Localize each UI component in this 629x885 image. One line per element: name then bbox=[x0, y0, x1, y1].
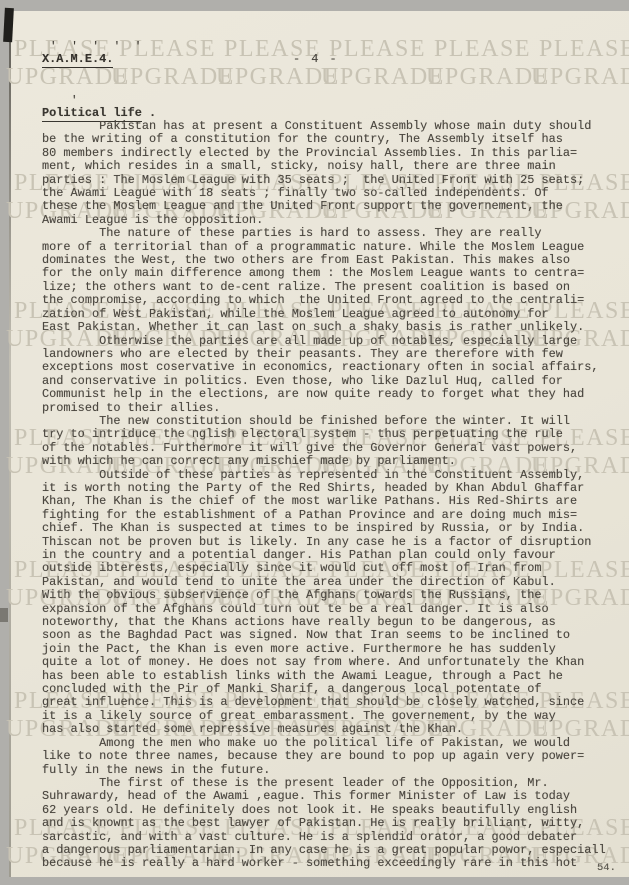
text-line: promised to their allies. bbox=[42, 402, 606, 415]
watermark-word: PLEASE bbox=[539, 36, 629, 63]
text-line: lize; the others want to de-cent ralize.… bbox=[42, 281, 606, 294]
text-line: The nature of these parties is hard to a… bbox=[42, 227, 606, 240]
text-line: has been able to establish links with th… bbox=[42, 670, 606, 683]
text-line: exceptions most coservative in economics… bbox=[42, 361, 606, 374]
text-line: because he is really a hard worker - som… bbox=[42, 857, 606, 870]
section-heading: Political life . bbox=[42, 106, 156, 120]
watermark-word: UPGRADE bbox=[531, 64, 629, 91]
text-line: sarcastic, and with a vast culture. He i… bbox=[42, 831, 606, 844]
text-line: noteworthy, that the Khans actions have … bbox=[42, 616, 606, 629]
text-line: Outside of these parties as represented … bbox=[42, 469, 606, 482]
text-line: 80 members indirectly elected by the Pro… bbox=[42, 147, 606, 160]
text-line: Awami League is the opposition. bbox=[42, 214, 606, 227]
text-line: great influence. This is a development t… bbox=[42, 696, 606, 709]
text-line: Khan, The Khan is the chief of the most … bbox=[42, 495, 606, 508]
text-line: The first of these is the present leader… bbox=[42, 777, 606, 790]
text-line: 62 years old. He definitely does not loo… bbox=[42, 804, 606, 817]
text-line: these the Moslem League and the United F… bbox=[42, 200, 606, 213]
text-line: it is a likely source of great embarassm… bbox=[42, 710, 606, 723]
text-line: a dangerous parliamentarian. In any case… bbox=[42, 844, 606, 857]
text-line: has also started some repressive measure… bbox=[42, 723, 606, 736]
text-line: and is knownt as the best lawyer of Paki… bbox=[42, 817, 606, 830]
text-line: more of a territorial than of a programm… bbox=[42, 241, 606, 254]
text-line: and conservative in politics. Even those… bbox=[42, 375, 606, 388]
text-line: parties : The Moslem League with 35 seat… bbox=[42, 174, 606, 187]
text-line: fully in the news in the future. bbox=[42, 764, 606, 777]
text-line: Among the men who make uo the political … bbox=[42, 737, 606, 750]
text-line: quite a lot of money. He does not say fr… bbox=[42, 656, 606, 669]
text-line: in the country and a potential danger. H… bbox=[42, 549, 606, 562]
text-line: the Awami League with 18 seats ; finally… bbox=[42, 187, 606, 200]
text-line: for the only main difference among them … bbox=[42, 267, 606, 280]
watermark-word: PLEASE bbox=[434, 36, 531, 63]
text-line: concluded with the Pir of Manki Sharif, … bbox=[42, 683, 606, 696]
page-number-top: - 4 - bbox=[293, 52, 339, 66]
text-line: Pakistan has at present a Constituent As… bbox=[42, 120, 606, 133]
text-line: Otherwise the parties are all made up of… bbox=[42, 335, 606, 348]
text-line: The new constitution should be finished … bbox=[42, 415, 606, 428]
text-line: be the writing of a constitution for the… bbox=[42, 133, 606, 146]
text-line: outside ibterests, especially since it w… bbox=[42, 562, 606, 575]
text-line: join the Pact, the Khan is even more act… bbox=[42, 643, 606, 656]
text-line: it is worth noting the Party of the Red … bbox=[42, 482, 606, 495]
scanned-document: PLEASEPLEASEPLEASEPLEASEPLEASEPLEASEUPGR… bbox=[0, 0, 629, 885]
text-line: Thiscan not be proven but is likely. In … bbox=[42, 536, 606, 549]
text-line: East Pakistan. Whether it can last on su… bbox=[42, 321, 606, 334]
text-line: dominates the West, the two others are f… bbox=[42, 254, 606, 267]
text-line: zation of West Pakistan, while the Mosle… bbox=[42, 308, 606, 321]
text-line: Communist help in the elections, are now… bbox=[42, 388, 606, 401]
text-line: try to intriduce the nglish electoral sy… bbox=[42, 428, 606, 441]
doc-reference: X.A.M.E.4. bbox=[42, 52, 113, 68]
text-line: Suhrawardy, head of the Awami ,eague. Th… bbox=[42, 790, 606, 803]
page-number-bottom: 54. bbox=[597, 862, 616, 874]
text-line: expansion of the Afghans could turn out … bbox=[42, 603, 606, 616]
text-line: of the notables. Furthermore it will giv… bbox=[42, 442, 606, 455]
text-line: Pakistan, and would tend to unite the ar… bbox=[42, 576, 606, 589]
text-line: With the obvious subservience of the Afg… bbox=[42, 589, 606, 602]
document-body: Pakistan has at present a Constituent As… bbox=[42, 120, 606, 871]
section-heading-period: . bbox=[142, 106, 156, 120]
text-line: fighting for the establishment of a Path… bbox=[42, 509, 606, 522]
text-line: ment, which resides in a small, sticky, … bbox=[42, 160, 606, 173]
text-line: like to note three names, because they a… bbox=[42, 750, 606, 763]
text-line: chief. The Khan is suspected at times to… bbox=[42, 522, 606, 535]
text-line: with which he can correct any mischief m… bbox=[42, 455, 606, 468]
text-line: landowners who are elected by their peas… bbox=[42, 348, 606, 361]
watermark-word: PLEASE bbox=[329, 36, 426, 63]
text-line: the compromise, according to which the U… bbox=[42, 294, 606, 307]
text-line: soon as the Baghdad Pact was signed. Now… bbox=[42, 629, 606, 642]
